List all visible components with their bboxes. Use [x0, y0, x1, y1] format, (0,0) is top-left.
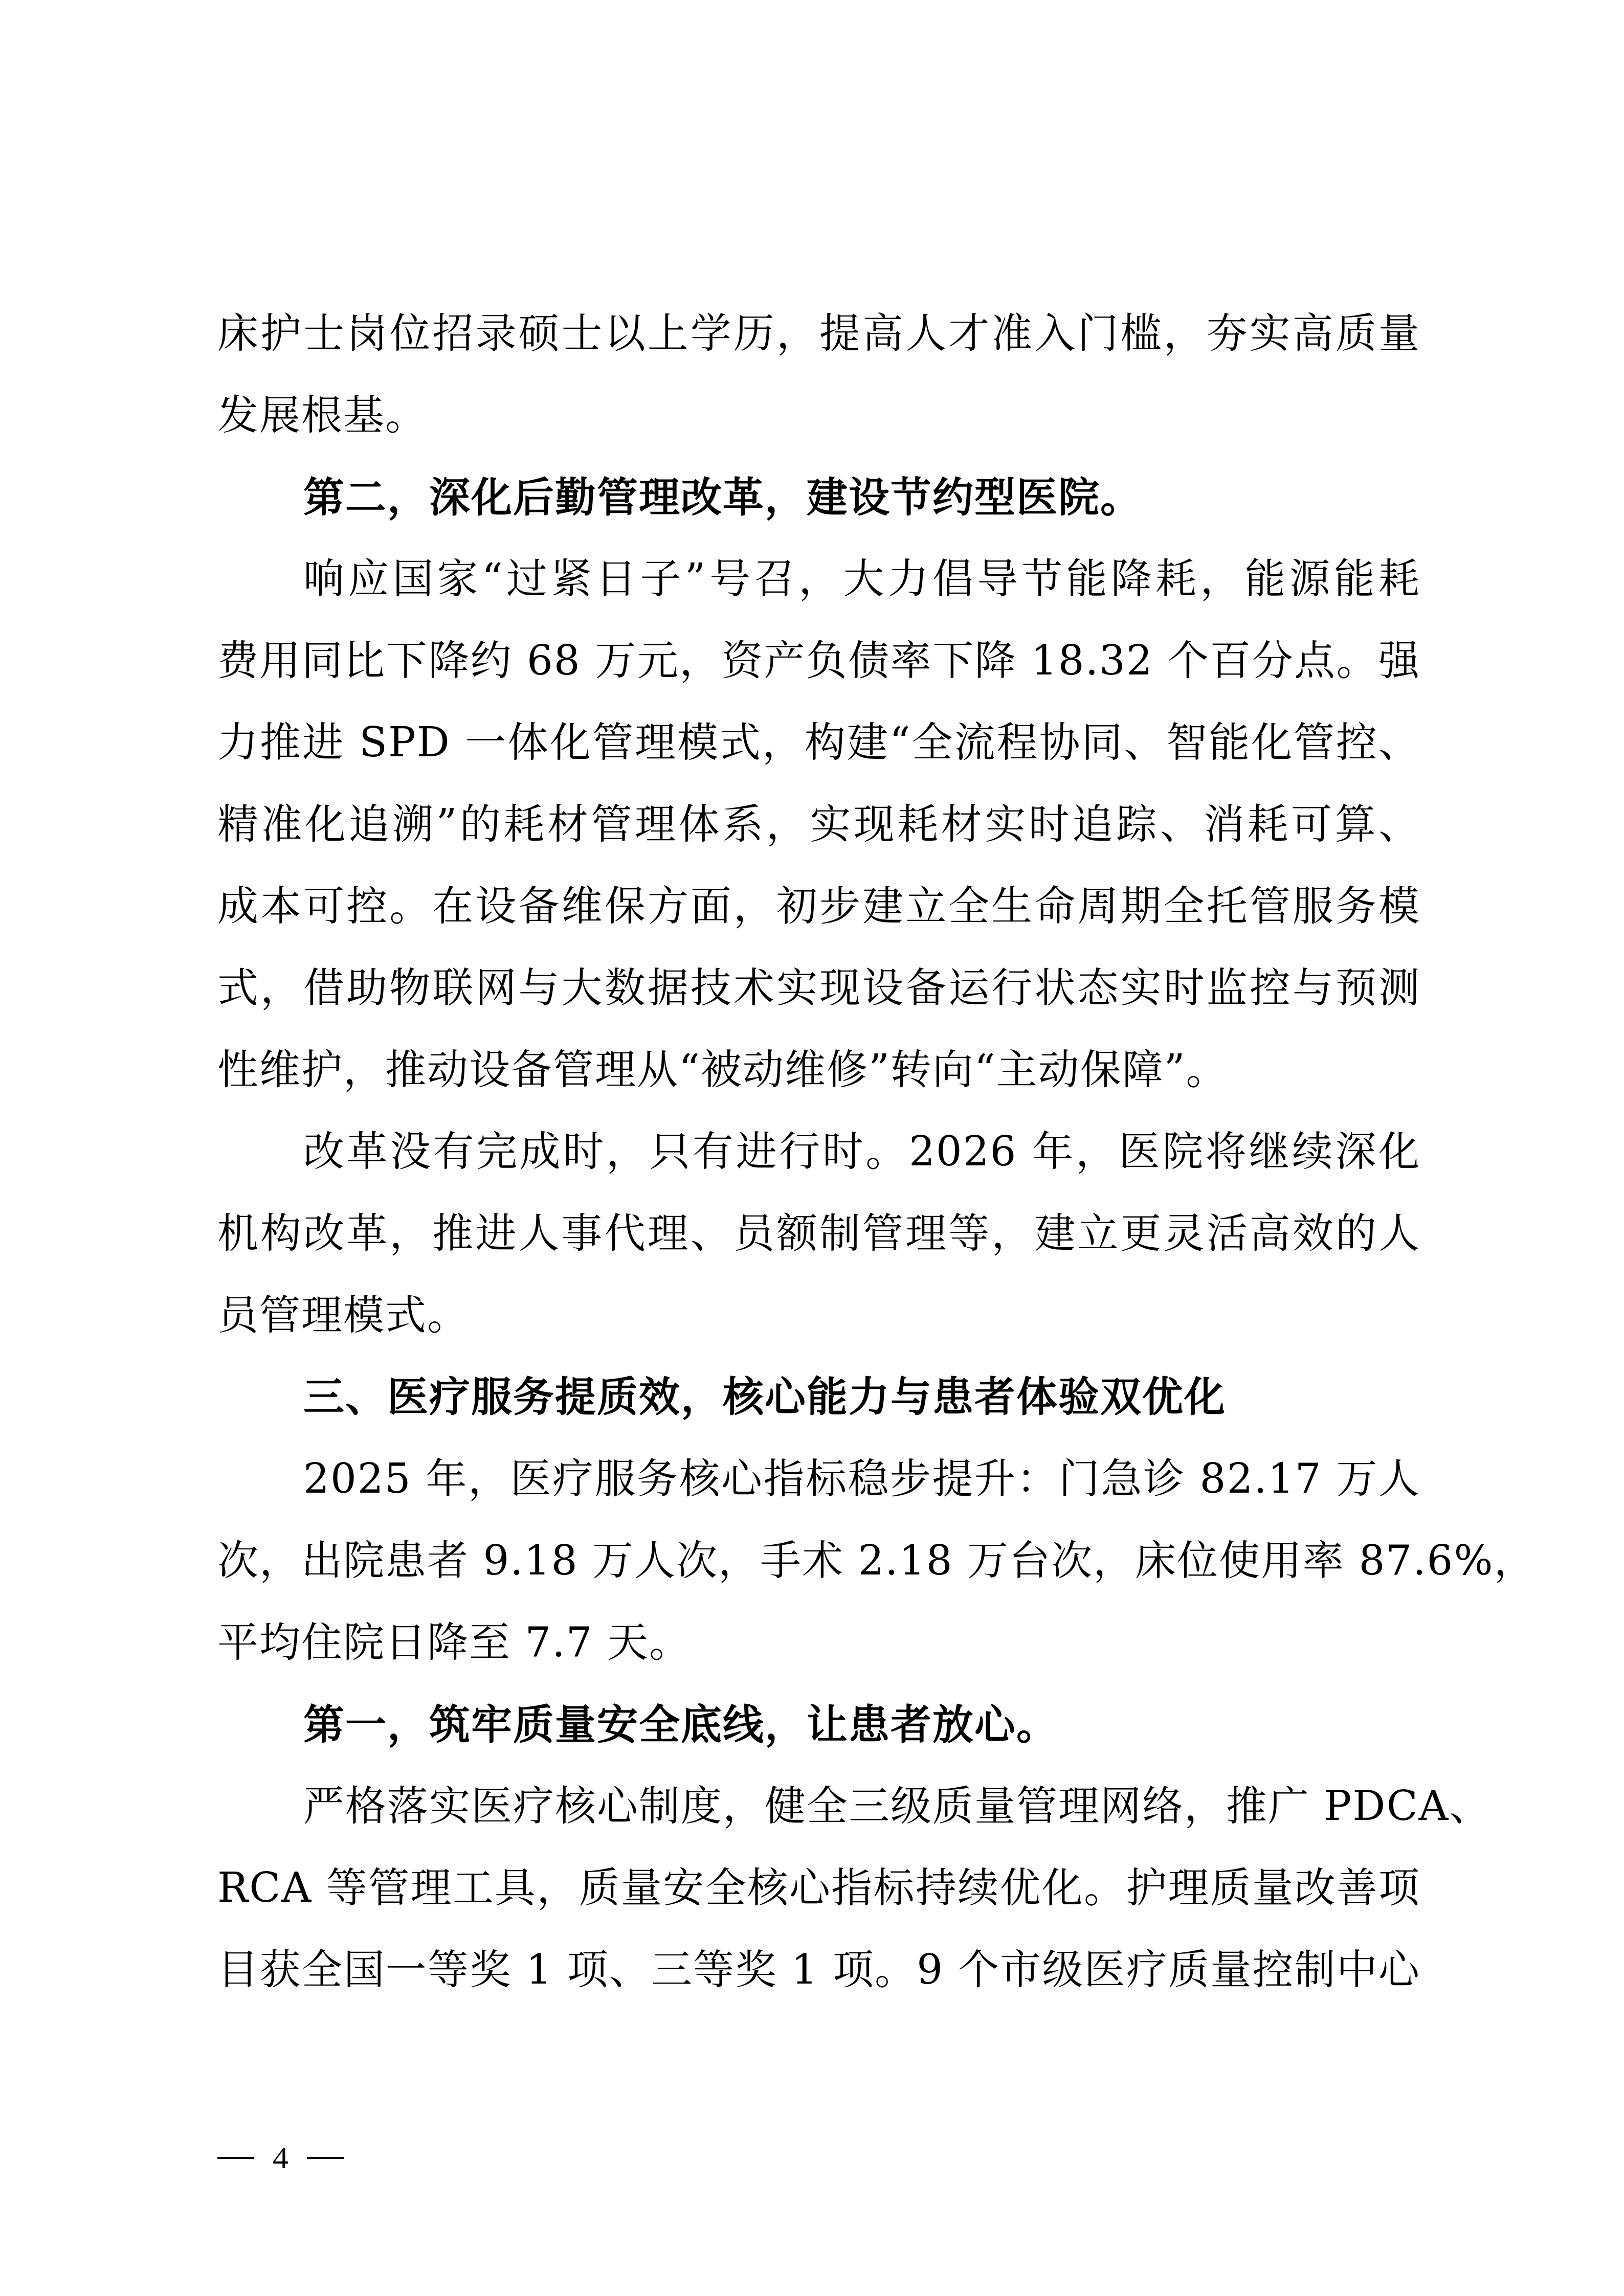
text-line: 严格落实医疗核心制度，健全三级质量管理网络，推广 PDCA、: [217, 1765, 1420, 1847]
text-line: 响应国家“过紧日子”号召，大力倡导节能降耗，能源能耗: [217, 538, 1420, 620]
text-line: 2025 年，医疗服务核心指标稳步提升：门急诊 82.17 万人: [217, 1438, 1420, 1520]
text-line: RCA 等管理工具，质量安全核心指标持续优化。护理质量改善项: [217, 1847, 1420, 1929]
text-line: 机构改革，推进人事代理、员额制管理等，建立更灵活高效的人: [217, 1192, 1420, 1274]
text-line: 床护士岗位招录硕士以上学历，提高人才准入门槛，夯实高质量: [217, 292, 1420, 374]
section-subheading: 第一，筑牢质量安全底线，让患者放心。: [217, 1683, 1420, 1765]
section-subheading: 第二，深化后勤管理改革，建设节约型医院。: [217, 456, 1420, 538]
text-line: 费用同比下降约 68 万元，资产负债率下降 18.32 个百分点。强: [217, 620, 1420, 702]
page-number-dash-right: [307, 2157, 344, 2159]
text-line: 次，出院患者 9.18 万人次，手术 2.18 万台次，床位使用率 87.6%，: [217, 1520, 1420, 1602]
document-page: 床护士岗位招录硕士以上学历，提高人才准入门槛，夯实高质量 发展根基。 第二，深化…: [0, 0, 1624, 2296]
text-line: 目获全国一等奖 1 项、三等奖 1 项。9 个市级医疗质量控制中心: [217, 1929, 1420, 2011]
text-line: 成本可控。在设备维保方面，初步建立全生命周期全托管服务模: [217, 865, 1420, 947]
text-line: 平均住院日降至 7.7 天。: [217, 1602, 1420, 1683]
page-number-dash-left: [217, 2157, 254, 2159]
body-text: 床护士岗位招录硕士以上学历，提高人才准入门槛，夯实高质量 发展根基。 第二，深化…: [217, 292, 1420, 2011]
text-line: 改革没有完成时，只有进行时。2026 年，医院将继续深化: [217, 1111, 1420, 1192]
text-line: 性维护，推动设备管理从“被动维修”转向“主动保障”。: [217, 1029, 1420, 1111]
text-line: 力推进 SPD 一体化管理模式，构建“全流程协同、智能化管控、: [217, 702, 1420, 783]
section-heading: 三、医疗服务提质效，核心能力与患者体验双优化: [217, 1356, 1420, 1438]
page-number: 4: [217, 2137, 344, 2178]
text-line: 式，借助物联网与大数据技术实现设备运行状态实时监控与预测: [217, 947, 1420, 1029]
text-line: 精准化追溯”的耗材管理体系，实现耗材实时追踪、消耗可算、: [217, 783, 1420, 865]
text-line: 发展根基。: [217, 374, 1420, 456]
page-number-value: 4: [273, 2137, 288, 2178]
text-line: 员管理模式。: [217, 1274, 1420, 1356]
